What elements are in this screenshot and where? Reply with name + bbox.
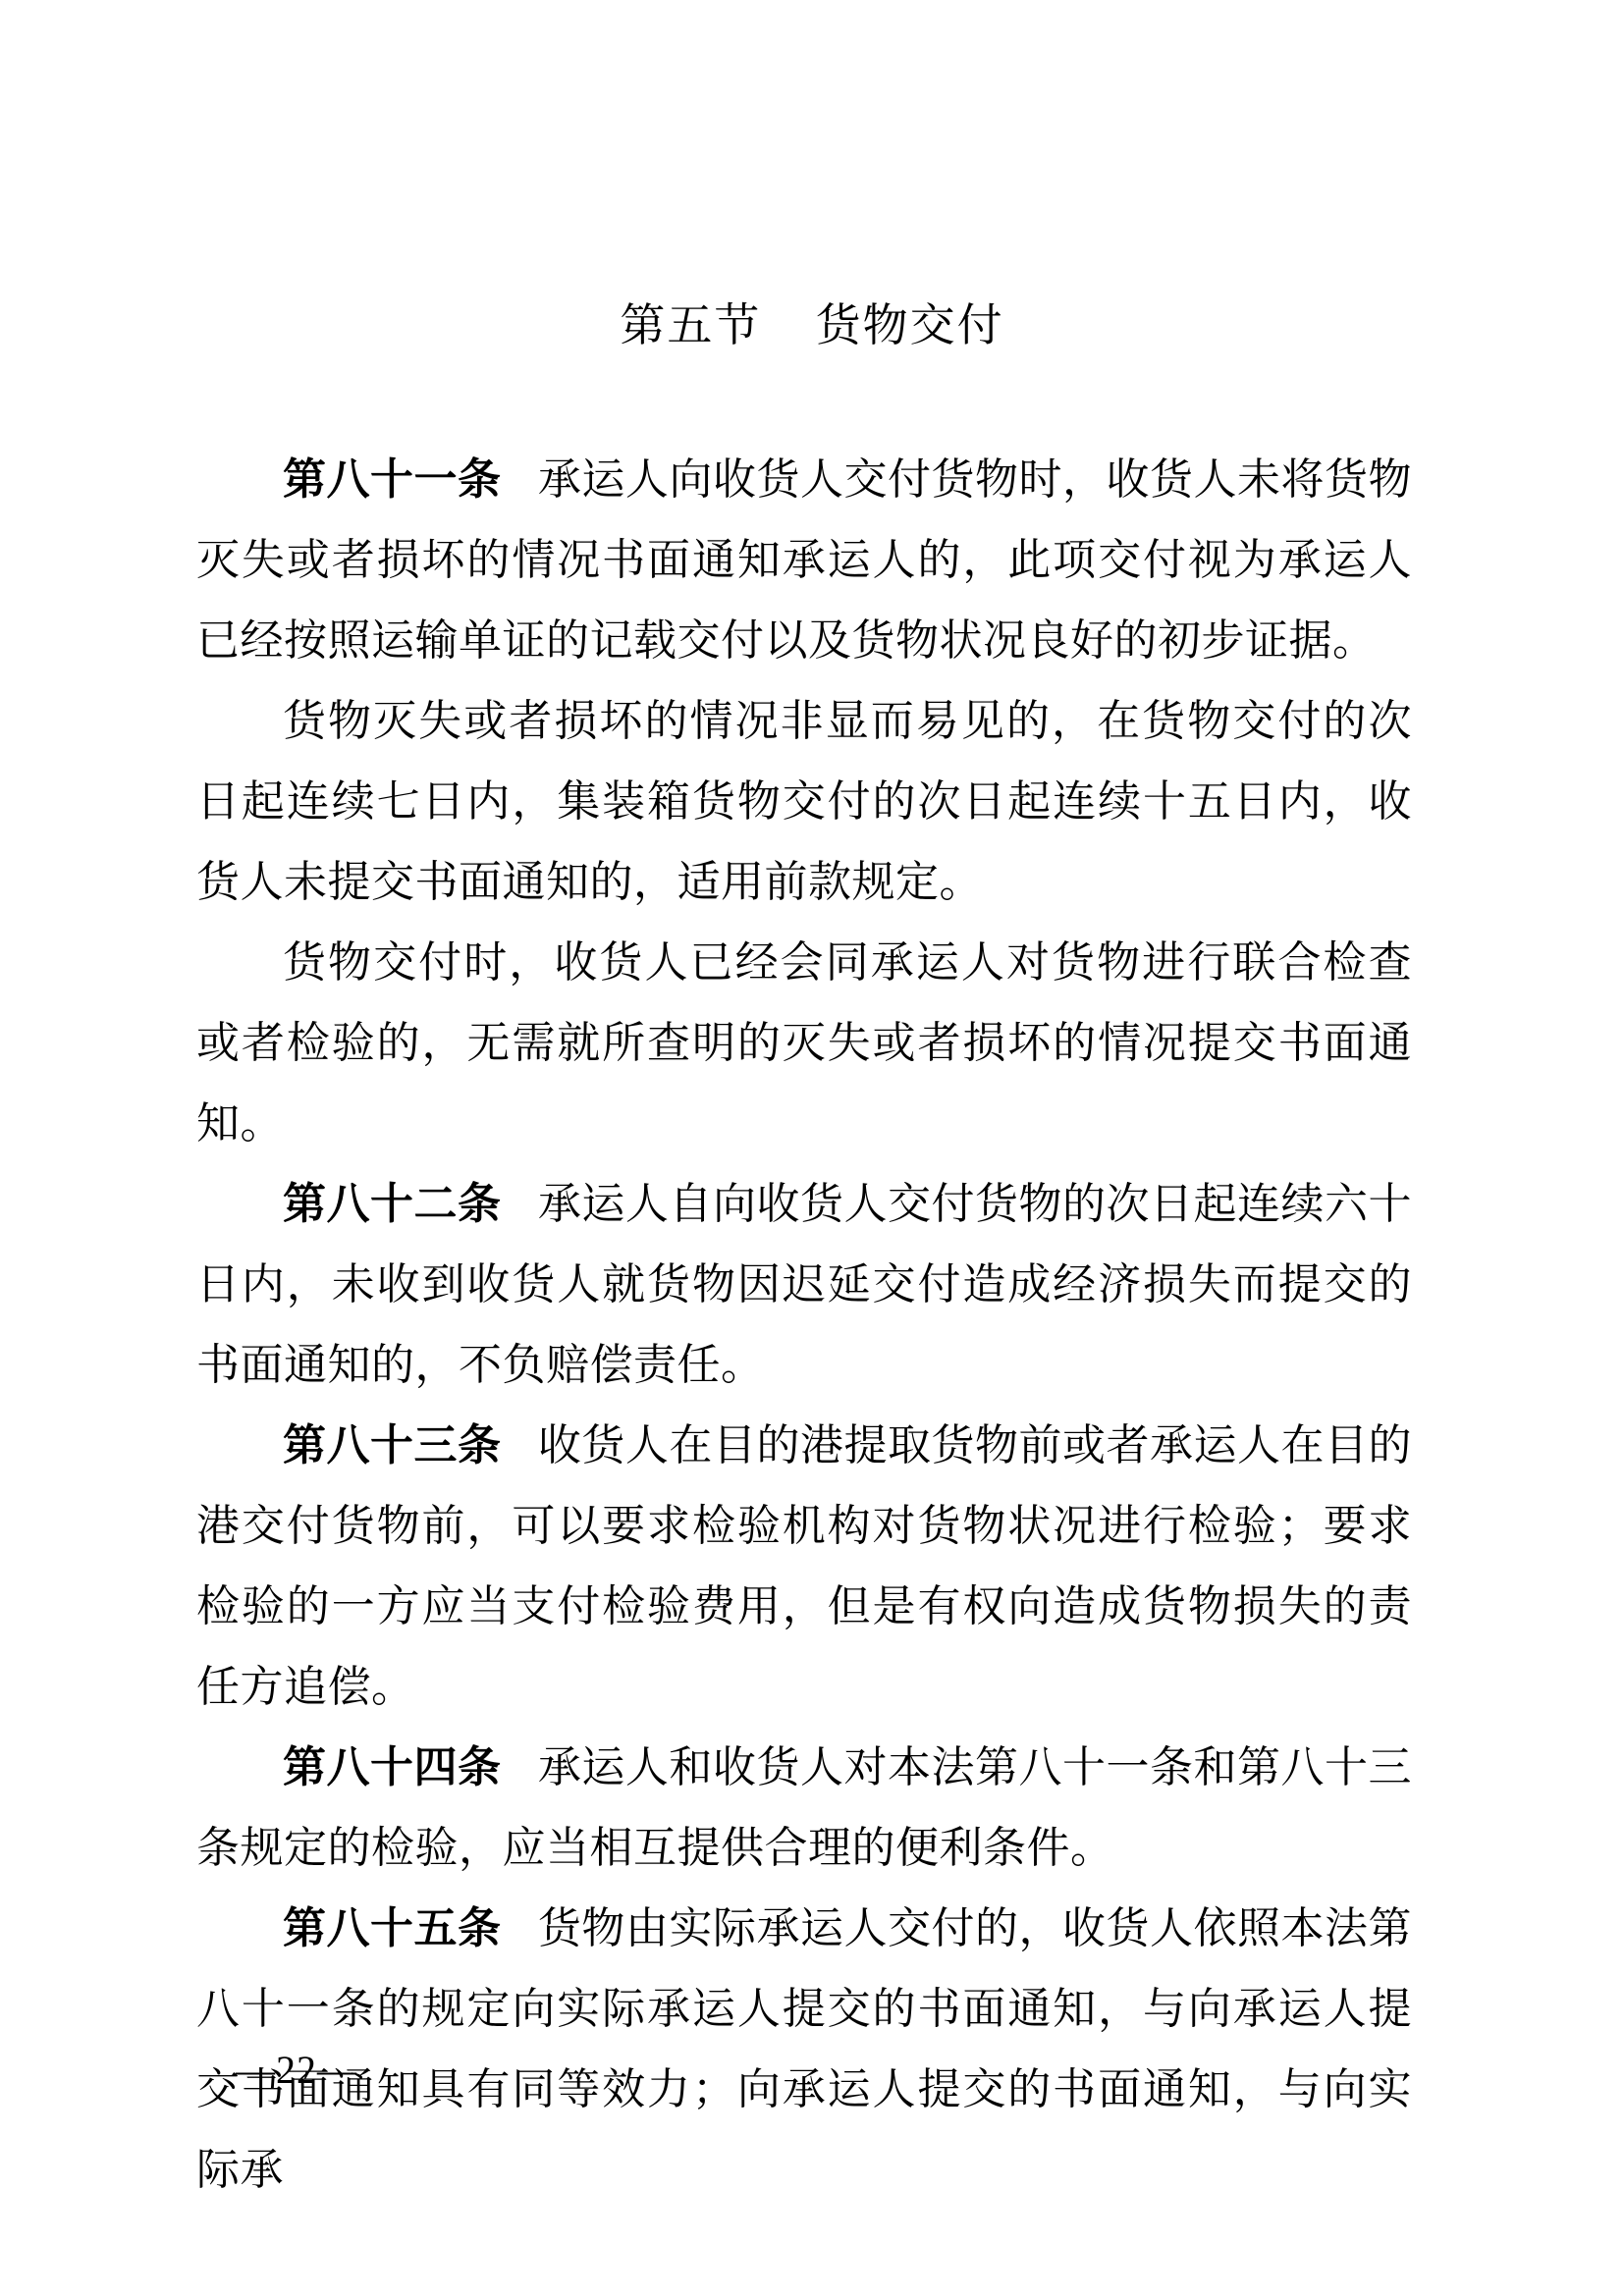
- article-number: 第八十二条: [283, 1180, 502, 1228]
- article-paragraph: 第八十三条收货人在目的港提取货物前或者承运人在目的港交付货物前，可以要求检验机构…: [196, 1406, 1412, 1728]
- article-paragraph: 货物灭失或者损坏的情况非显而易见的，在货物交付的次日起连续七日内，集装箱货物交付…: [196, 681, 1412, 923]
- article-number: 第八十四条: [283, 1743, 502, 1791]
- page-number: —22—: [236, 2048, 357, 2092]
- article-paragraph: 第八十二条承运人自向收货人交付货物的次日起连续六十日内，未收到收货人就货物因迟延…: [196, 1164, 1412, 1406]
- article-paragraph: 第八十一条承运人向收货人交付货物时，收货人未将货物灭失或者损坏的情况书面通知承运…: [196, 440, 1412, 681]
- section-heading: 第五节货物交付: [0, 290, 1624, 354]
- section-heading-title: 货物交付: [816, 300, 1004, 350]
- articles: 第八十一条承运人向收货人交付货物时，收货人未将货物灭失或者损坏的情况书面通知承运…: [196, 440, 1412, 2211]
- article-number: 第八十五条: [283, 1904, 502, 1952]
- page-footer: —22—: [236, 2047, 357, 2093]
- document-page: 第五节货物交付 第八十一条承运人向收货人交付货物时，收货人未将货物灭失或者损坏的…: [0, 0, 1624, 2296]
- article-paragraph: 第八十五条货物由实际承运人交付的，收货人依照本法第八十一条的规定向实际承运人提交…: [196, 1889, 1412, 2211]
- article-paragraph: 第八十四条承运人和收货人对本法第八十一条和第八十三条规定的检验，应当相互提供合理…: [196, 1728, 1412, 1889]
- section-heading-label: 第五节: [620, 300, 761, 350]
- article-number: 第八十一条: [283, 455, 502, 504]
- article-text: 货物灭失或者损坏的情况非显而易见的，在货物交付的次日起连续七日内，集装箱货物交付…: [196, 697, 1412, 906]
- article-text: 货物交付时，收货人已经会同承运人对货物进行联合检查或者检验的，无需就所查明的灭失…: [196, 938, 1412, 1148]
- article-paragraph: 货物交付时，收货人已经会同承运人对货物进行联合检查或者检验的，无需就所查明的灭失…: [196, 923, 1412, 1164]
- article-number: 第八十三条: [283, 1421, 502, 1469]
